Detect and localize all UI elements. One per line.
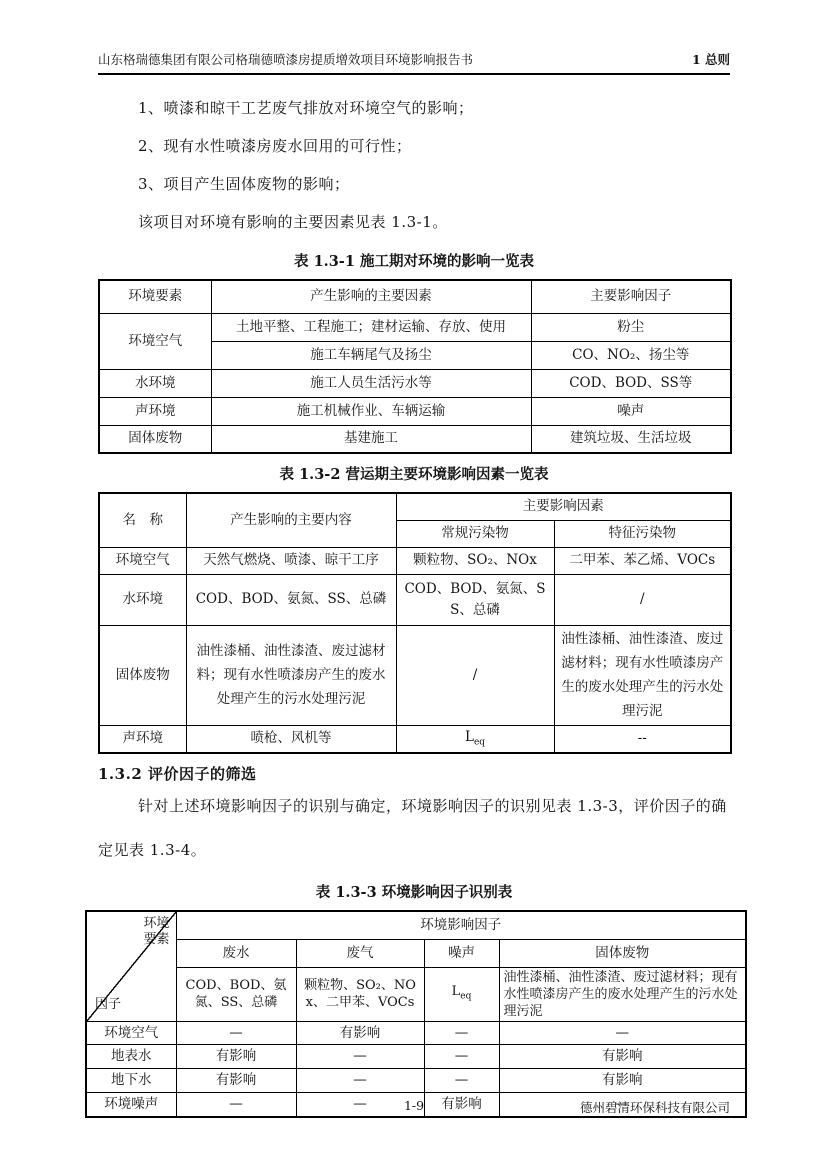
cell-noise-factors: Leq — [424, 967, 499, 1021]
cell-noise-impact: 噪声 — [531, 397, 731, 425]
header-document-title: 山东格瑞德集团有限公司格瑞德喷漆房提质增效项目环境影响报告书 — [98, 52, 473, 68]
cell-air-factor-1: 土地平整、工程施工；建材运输、存放、使用 — [211, 313, 531, 341]
section-paragraph: 针对上述环境影响因子的识别与确定，环境影响因子的识别见表 1.3-3，评价因子的… — [98, 784, 730, 872]
table-row: 水环境 COD、BOD、氨氮、SS、总磷 COD、BOD、氨氮、SS、总磷 / — [99, 574, 731, 625]
cell-air-special: 二甲苯、苯乙烯、VOCs — [554, 547, 731, 574]
cell-air-factor-2: 施工车辆尾气及扬尘 — [211, 341, 531, 369]
cell-solid-factors: 油性漆桶、油性漆渣、废过滤材料；现有水性喷漆房产生的废水处理产生的污水处理污泥 — [499, 967, 746, 1021]
cell-water-special: / — [554, 574, 731, 625]
col-header-name: 名 称 — [99, 493, 186, 547]
leq-symbol: L — [452, 984, 461, 999]
table-row: COD、BOD、氨氮、SS、总磷 颗粒物、SO₂、NOx、二甲苯、VOCs Le… — [86, 967, 746, 1021]
list-item-3: 3、项目产生固体废物的影响； — [98, 165, 730, 203]
cell-value: 有影响 — [499, 1045, 746, 1069]
cell-air-routine: 颗粒物、SO₂、NOx — [396, 547, 554, 574]
cell-waste-gas-factors: 颗粒物、SO₂、NOx、二甲苯、VOCs — [296, 967, 424, 1021]
page-number: 1-9 — [309, 1098, 520, 1116]
row-label-surface-water: 地表水 — [86, 1045, 176, 1069]
cell-value: — — [296, 1045, 424, 1069]
cell-water-factor: 施工人员生活污水等 — [211, 369, 531, 397]
table-row: 环境空气 天然气燃烧、喷漆、晾干工序 颗粒物、SO₂、NOx 二甲苯、苯乙烯、V… — [99, 547, 731, 574]
row-label-ground-water: 地下水 — [86, 1069, 176, 1093]
cell-value: — — [296, 1069, 424, 1093]
cell-air-content: 天然气燃烧、喷漆、晾干工序 — [186, 547, 396, 574]
page-content: 山东格瑞德集团有限公司格瑞德喷漆房提质增效项目环境影响报告书 1 总则 1、喷漆… — [98, 0, 730, 1118]
report-page: 山东格瑞德集团有限公司格瑞德喷漆房提质增效项目环境影响报告书 1 总则 1、喷漆… — [0, 0, 827, 1169]
cell-value: 有影响 — [296, 1021, 424, 1045]
col-header-impact-factor: 环境影响因子 — [176, 911, 746, 939]
table-row: 废水 废气 噪声 固体废物 — [86, 939, 746, 967]
cell-noise-routine: Leq — [396, 725, 554, 753]
col-header-factor: 产生影响的主要因素 — [211, 280, 531, 313]
cell-noise-special: -- — [554, 725, 731, 753]
cell-solid-label: 固体废物 — [99, 625, 186, 725]
cell-air-impact-1: 粉尘 — [531, 313, 731, 341]
cell-noise-label: 声环境 — [99, 725, 186, 753]
table-row: 环境空气 土地平整、工程施工；建材运输、存放、使用 粉尘 — [99, 313, 731, 341]
col-header-noise: 噪声 — [424, 939, 499, 967]
cell-solid-label: 固体废物 — [99, 425, 211, 453]
table-row: 水环境 施工人员生活污水等 COD、BOD、SS等 — [99, 369, 731, 397]
col-header-solid-waste: 固体废物 — [499, 939, 746, 967]
table-1-3-1-caption: 表 1.3-1 施工期对环境的影响一览表 — [98, 250, 730, 271]
list-item-2: 2、现有水性喷漆房废水回用的可行性； — [98, 127, 730, 165]
leq-symbol: L — [465, 729, 474, 745]
table-row: 声环境 施工机械作业、车辆运输 噪声 — [99, 397, 731, 425]
table-1-3-2-caption: 表 1.3-2 营运期主要环境影响因素一览表 — [98, 463, 730, 484]
table-1-3-3-caption: 表 1.3-3 环境影响因子识别表 — [98, 881, 730, 902]
table-construction-impact: 环境要素 产生影响的主要因素 主要影响因子 环境空气 土地平整、工程施工；建材运… — [98, 279, 732, 454]
row-label-air: 环境空气 — [86, 1021, 176, 1045]
diagonal-label-element: 环境 要素 — [143, 916, 169, 948]
leq-subscript: eq — [460, 991, 471, 1001]
col-header-waste-gas: 废气 — [296, 939, 424, 967]
table-row: 名 称 产生影响的主要内容 主要影响因素 — [99, 493, 731, 520]
cell-solid-routine: / — [396, 625, 554, 725]
col-header-element: 环境要素 — [99, 280, 211, 313]
cell-solid-impact: 建筑垃圾、生活垃圾 — [531, 425, 731, 453]
list-item-1: 1、喷漆和晾干工艺废气排放对环境空气的影响； — [98, 89, 730, 127]
table-row: 环境要素 产生影响的主要因素 主要影响因子 — [99, 280, 731, 313]
cell-value: — — [424, 1069, 499, 1093]
cell-water-routine: COD、BOD、氨氮、SS、总磷 — [396, 574, 554, 625]
section-heading-1-3-2: 1.3.2 评价因子的筛选 — [98, 763, 730, 784]
diagonal-header-cell: 环境 要素 因子 — [86, 911, 176, 1021]
cell-value: — — [176, 1021, 296, 1045]
page-header: 山东格瑞德集团有限公司格瑞德喷漆房提质增效项目环境影响报告书 1 总则 — [98, 0, 730, 75]
page-footer: 1-9 德州碧清环保科技有限公司 — [98, 1092, 730, 1116]
table-row: 固体废物 基建施工 建筑垃圾、生活垃圾 — [99, 425, 731, 453]
table-row: 地下水 有影响 — — 有影响 — [86, 1069, 746, 1093]
footer-company: 德州碧清环保科技有限公司 — [519, 1098, 730, 1116]
cell-water-label: 水环境 — [99, 369, 211, 397]
cell-solid-factor: 基建施工 — [211, 425, 531, 453]
diagonal-label-factor: 因子 — [95, 995, 121, 1015]
footer-spacer — [98, 1098, 309, 1116]
header-chapter-label: 1 总则 — [692, 52, 730, 68]
table-row: 地表水 有影响 — — 有影响 — [86, 1045, 746, 1069]
cell-air-label: 环境空气 — [99, 547, 186, 574]
cell-wastewater-factors: COD、BOD、氨氮、SS、总磷 — [176, 967, 296, 1021]
col-header-special: 特征污染物 — [554, 520, 731, 547]
cell-value: 有影响 — [499, 1069, 746, 1093]
table-operation-impact: 名 称 产生影响的主要内容 主要影响因素 常规污染物 特征污染物 环境空气 天然… — [98, 492, 732, 754]
cell-noise-factor: 施工机械作业、车辆运输 — [211, 397, 531, 425]
cell-noise-label: 声环境 — [99, 397, 211, 425]
table-factor-identification: 环境 要素 因子 环境影响因子 废水 废气 噪声 固体废物 COD、BOD、氨氮… — [85, 910, 747, 1118]
col-header-impact: 主要影响因子 — [531, 280, 731, 313]
cell-solid-special: 油性漆桶、油性漆渣、废过滤材料；现有水性喷漆房产生的废水处理产生的污水处理污泥 — [554, 625, 731, 725]
col-header-content: 产生影响的主要内容 — [186, 493, 396, 547]
cell-value: 有影响 — [176, 1069, 296, 1093]
cell-value: — — [424, 1021, 499, 1045]
cell-air-label: 环境空气 — [99, 313, 211, 369]
col-header-routine: 常规污染物 — [396, 520, 554, 547]
cell-water-content: COD、BOD、氨氮、SS、总磷 — [186, 574, 396, 625]
cell-value: 有影响 — [176, 1045, 296, 1069]
table-row: 环境 要素 因子 环境影响因子 — [86, 911, 746, 939]
cell-value: — — [424, 1045, 499, 1069]
leq-subscript: eq — [474, 738, 485, 748]
cell-value: — — [499, 1021, 746, 1045]
cell-noise-content: 喷枪、风机等 — [186, 725, 396, 753]
table-row: 环境空气 — 有影响 — — — [86, 1021, 746, 1045]
intro-paragraph: 该项目对环境有影响的主要因素见表 1.3-1。 — [98, 203, 730, 241]
col-header-main-factor: 主要影响因素 — [396, 493, 731, 520]
cell-water-impact: COD、BOD、SS等 — [531, 369, 731, 397]
cell-solid-content: 油性漆桶、油性漆渣、废过滤材料；现有水性喷漆房产生的废水处理产生的污水处理污泥 — [186, 625, 396, 725]
col-header-wastewater: 废水 — [176, 939, 296, 967]
table-row: 声环境 喷枪、风机等 Leq -- — [99, 725, 731, 753]
cell-water-label: 水环境 — [99, 574, 186, 625]
cell-air-impact-2: CO、NO₂、扬尘等 — [531, 341, 731, 369]
table-row: 固体废物 油性漆桶、油性漆渣、废过滤材料；现有水性喷漆房产生的废水处理产生的污水… — [99, 625, 731, 725]
